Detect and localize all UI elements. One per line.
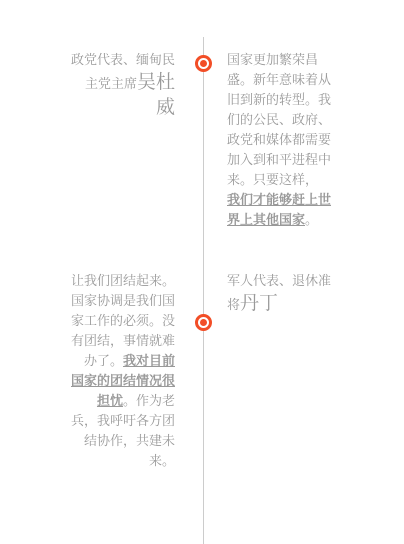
quotes-timeline-page: 政党代表、缅甸民主党主席吴杜威 国家更加繁荣昌盛。新年意味着从旧到新的转型。我们… bbox=[0, 0, 404, 544]
quote-tail: 。 bbox=[305, 212, 318, 227]
timeline-marker-core bbox=[200, 319, 207, 326]
speaker-label: 政党代表、缅甸民主党主席吴杜威 bbox=[71, 52, 175, 116]
speaker-name: 吴杜威 bbox=[137, 72, 175, 118]
quote-tail: 。作为老兵，我呼吁各方团结协作，共建未来。 bbox=[71, 393, 175, 468]
speaker-label: 军人代表、退休准将丹丁 bbox=[227, 273, 331, 312]
timeline-vertical-line bbox=[203, 37, 204, 544]
timeline-marker-core bbox=[200, 60, 207, 67]
timeline-marker-icon bbox=[195, 314, 212, 331]
entry-speaker-cell: 政党代表、缅甸民主党主席吴杜威 bbox=[0, 50, 203, 230]
entry-quote-cell: 国家更加繁荣昌盛。新年意味着从旧到新的转型。我们的公民、政府、政党和媒体都需要加… bbox=[203, 50, 404, 230]
quote-lead: 国家更加繁荣昌盛。新年意味着从旧到新的转型。我们的公民、政府、政党和媒体都需要加… bbox=[227, 52, 331, 187]
timeline-entry: 政党代表、缅甸民主党主席吴杜威 国家更加繁荣昌盛。新年意味着从旧到新的转型。我们… bbox=[0, 50, 404, 230]
entry-speaker-cell: 军人代表、退休准将丹丁 bbox=[203, 271, 404, 471]
quote-text: 国家更加繁荣昌盛。新年意味着从旧到新的转型。我们的公民、政府、政党和媒体都需要加… bbox=[227, 52, 331, 227]
timeline-entry: 让我们团结起来。国家协调是我们国家工作的必须。没有团结，事情就难办了。我对目前国… bbox=[0, 271, 404, 471]
speaker-name: 丹丁 bbox=[240, 293, 278, 314]
timeline-marker-icon bbox=[195, 55, 212, 72]
quote-text: 让我们团结起来。国家协调是我们国家工作的必须。没有团结，事情就难办了。我对目前国… bbox=[71, 273, 175, 468]
entry-quote-cell: 让我们团结起来。国家协调是我们国家工作的必须。没有团结，事情就难办了。我对目前国… bbox=[0, 271, 203, 471]
